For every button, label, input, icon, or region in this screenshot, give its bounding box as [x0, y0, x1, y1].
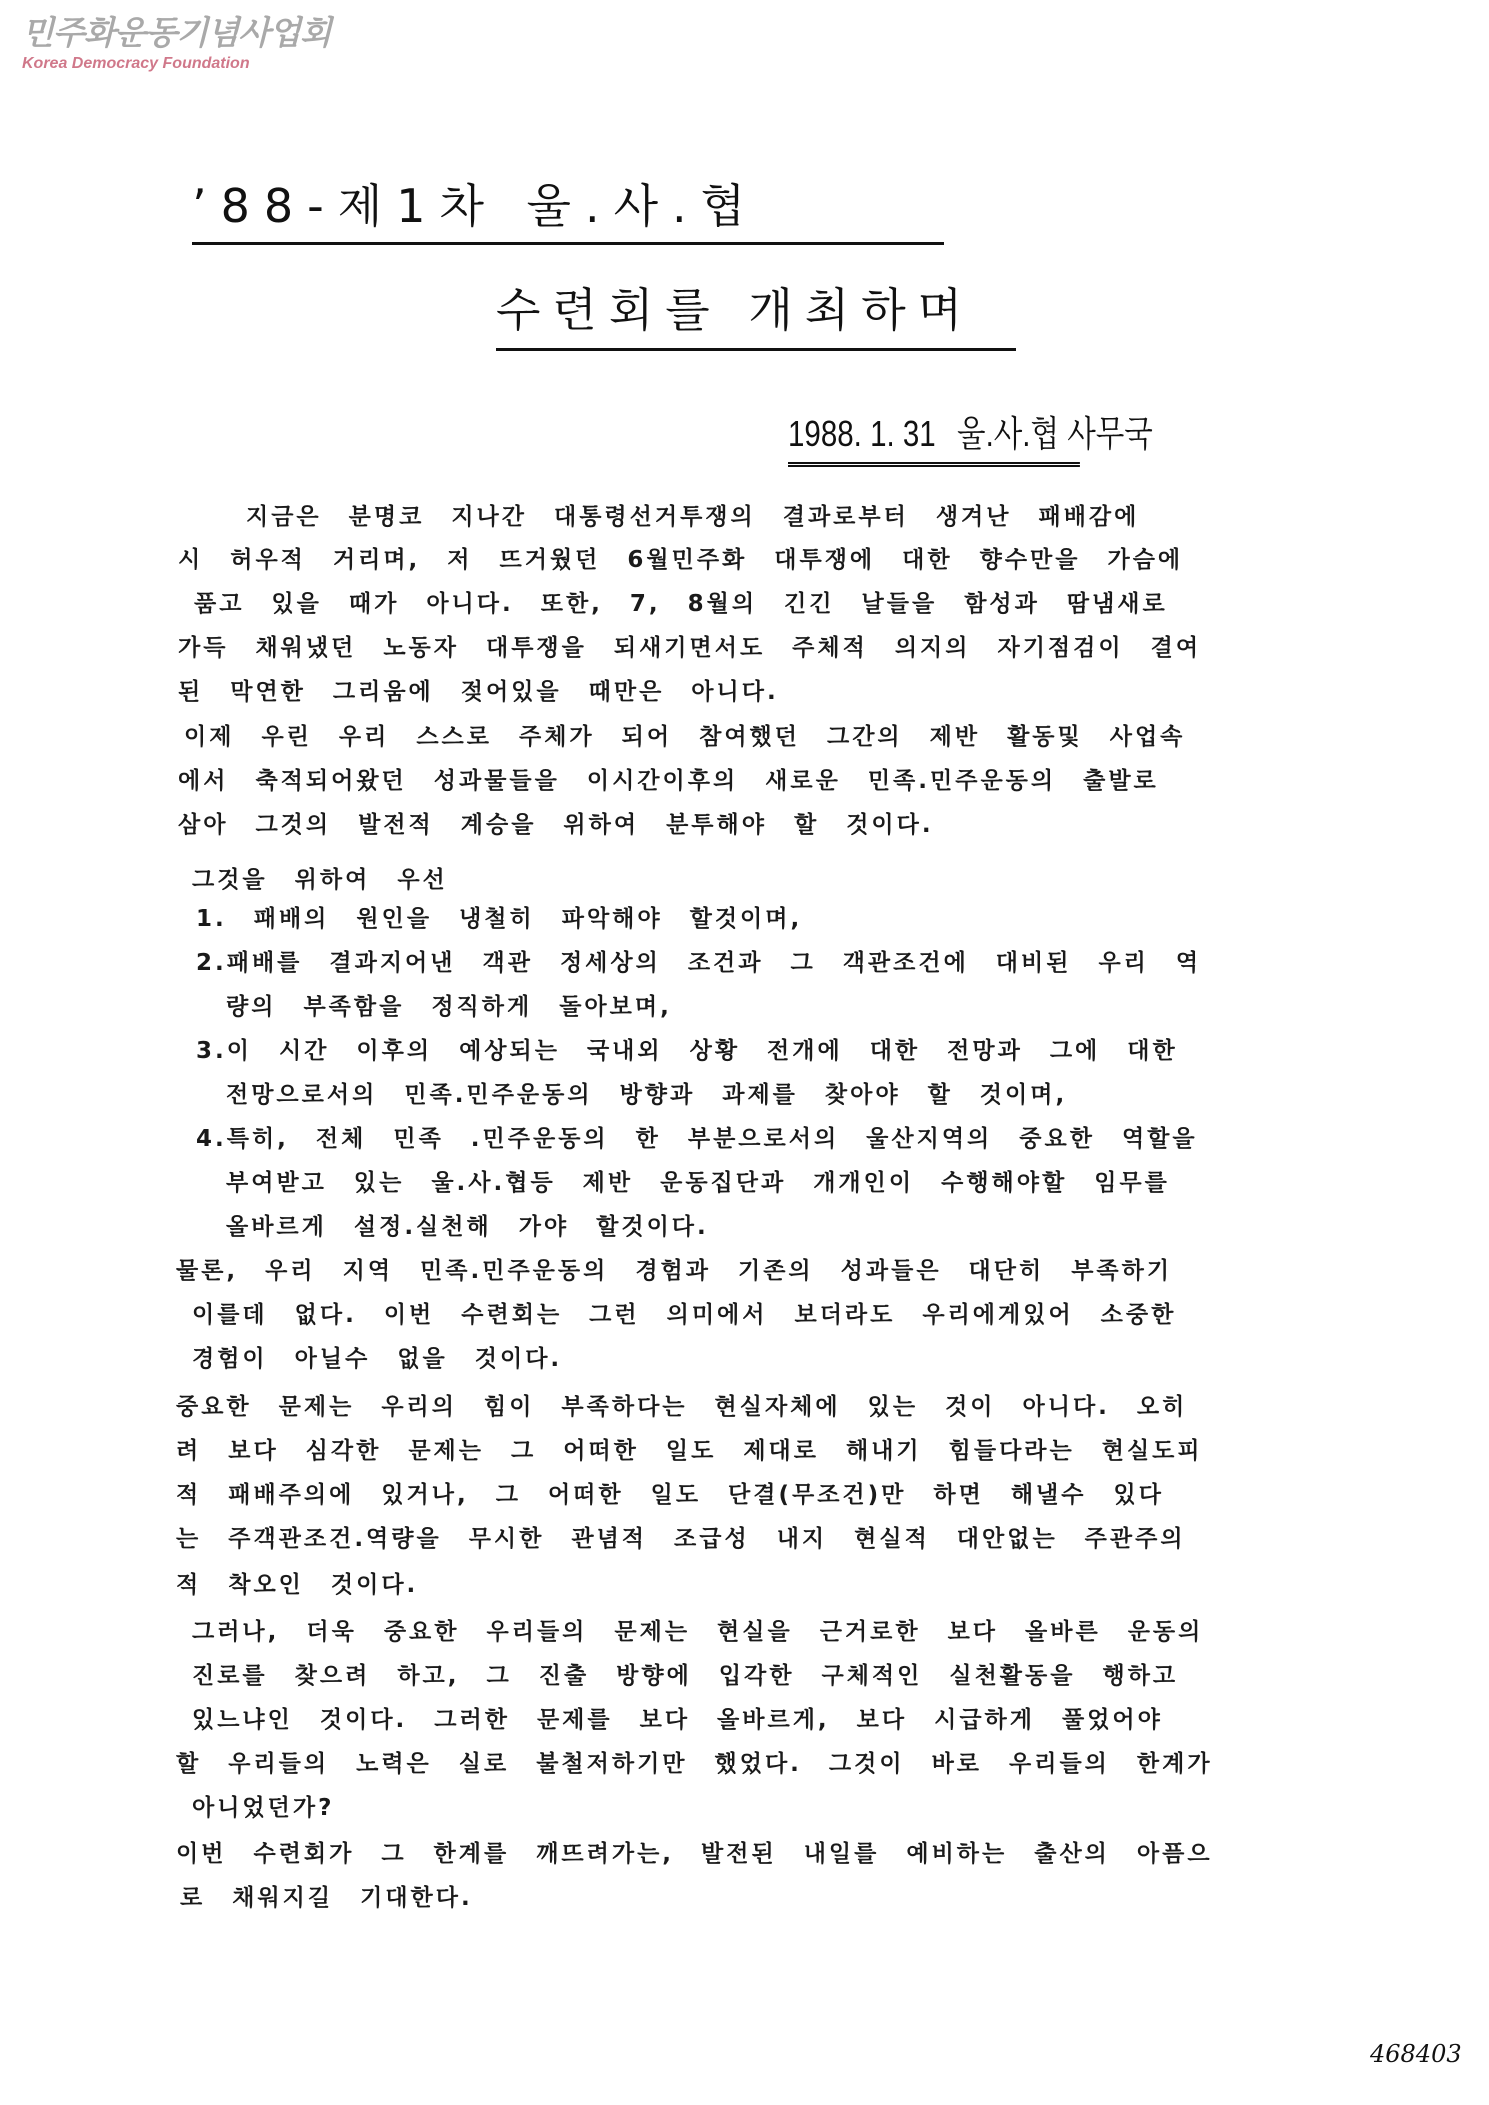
list-item-4-cont: 올바르게 설정.실천해 가야 할것이다.: [226, 1212, 709, 1242]
body-line: 그것을 위하여 우선: [192, 865, 448, 895]
body-line: 품고 있을 때가 아니다. 또한, 7, 8월의 긴긴 날들을 함성과 땀냄새로: [194, 589, 1168, 619]
body-line: 진로를 찾으려 하고, 그 진출 방향에 입각한 구체적인 실천활동을 행하고: [192, 1661, 1178, 1691]
body-line: 에서 축적되어왔던 성과물들을 이시간이후의 새로운 민족.민주운동의 출발로: [178, 766, 1159, 796]
body-line: 는 주객관조건.역량을 무시한 관념적 조급성 내지 현실적 대안없는 주관주의: [176, 1524, 1186, 1554]
body-line: 된 막연한 그리움에 젖어있을 때만은 아니다.: [178, 677, 779, 707]
list-item-4-cont: 부여받고 있는 울.사.협등 제반 운동집단과 개개인이 수행해야할 임무를: [226, 1168, 1170, 1198]
list-item-3: 3.이 시간 이후의 예상되는 국내외 상황 전개에 대한 전망과 그에 대한: [196, 1036, 1178, 1066]
body-line: 중요한 문제는 우리의 힘이 부족하다는 현실자체에 있는 것이 아니다. 오히: [176, 1392, 1187, 1422]
document-date: 1988. 1. 31: [788, 413, 936, 454]
body-line: 물론, 우리 지역 민족.민주운동의 경험과 기존의 성과들은 대단히 부족하기: [176, 1256, 1172, 1286]
archive-number: 468403: [1370, 2040, 1462, 2068]
list-item-1: 1. 패배의 원인을 냉철히 파악해야 할것이며,: [196, 904, 802, 934]
body-line: 가득 채워냈던 노동자 대투쟁을 되새기면서도 주체적 의지의 자기점검이 결여: [178, 633, 1201, 663]
body-line: 적 패배주의에 있거나, 그 어떠한 일도 단결(무조건)만 하면 해낼수 있다: [176, 1480, 1164, 1510]
list-item-3-cont: 전망으로서의 민족.민주운동의 방향과 과제를 찾아야 할 것이며,: [226, 1080, 1067, 1110]
document-title-line1: ’88-제1차 울.사.협: [192, 178, 944, 245]
list-item-4: 4.특히, 전체 민족 .민주운동의 한 부분으로서의 울산지역의 중요한 역할…: [196, 1124, 1198, 1154]
document-issuer: 울.사.협 사무국: [957, 413, 1153, 454]
list-item-2-cont: 량의 부족함을 정직하게 돌아보며,: [226, 992, 672, 1022]
list-item-2: 2.패배를 결과지어낸 객관 정세상의 조건과 그 객관조건에 대비된 우리 역: [196, 948, 1201, 978]
body-line: 삼아 그것의 발전적 계승을 위하여 분투해야 할 것이다.: [178, 810, 934, 840]
watermark-english: Korea Democracy Foundation: [22, 54, 331, 74]
body-line: 경험이 아닐수 없을 것이다.: [192, 1344, 562, 1374]
document-title-line2: 수련회를 개최하며: [496, 282, 1016, 351]
body-line: 이를데 없다. 이번 수련회는 그런 의미에서 보더라도 우리에게있어 소중한: [192, 1300, 1176, 1330]
body-line: 있느냐인 것이다. 그러한 문제를 보다 올바르게, 보다 시급하게 풀었어야: [192, 1705, 1163, 1735]
foundation-watermark: 민주화운동기념사업회 Korea Democracy Foundation: [22, 14, 331, 74]
body-line: 이번 수련회가 그 한계를 깨뜨려가는, 발전된 내일를 예비하는 출산의 아픔…: [176, 1839, 1213, 1869]
body-line: 이제 우린 우리 스스로 주체가 되어 참여했던 그간의 제반 활동및 사업속: [184, 722, 1185, 752]
body-line: 아니었던가?: [192, 1793, 334, 1823]
date-issuer-line: 1988. 1. 31울.사.협 사무국: [788, 412, 1080, 467]
body-line: 로 채워지길 기대한다.: [180, 1883, 473, 1913]
body-line: 할 우리들의 노력은 실로 불철저하기만 했었다. 그것이 바로 우리들의 한계…: [176, 1749, 1213, 1779]
body-line: 시 허우적 거리며, 저 뜨거웠던 6월민주화 대투쟁에 대한 향수만을 가슴에: [178, 545, 1183, 575]
watermark-korean: 민주화운동기념사업회: [22, 14, 331, 52]
body-line: 그러나, 더욱 중요한 우리들의 문제는 현실을 근거로한 보다 올바른 운동의: [192, 1617, 1203, 1647]
body-line: 지금은 분명코 지나간 대통령선거투쟁의 결과로부터 생겨난 패배감에: [246, 502, 1139, 532]
body-line: 려 보다 심각한 문제는 그 어떠한 일도 제대로 해내기 힘들다라는 현실도피: [176, 1436, 1203, 1466]
body-line: 적 착오인 것이다.: [176, 1570, 418, 1600]
